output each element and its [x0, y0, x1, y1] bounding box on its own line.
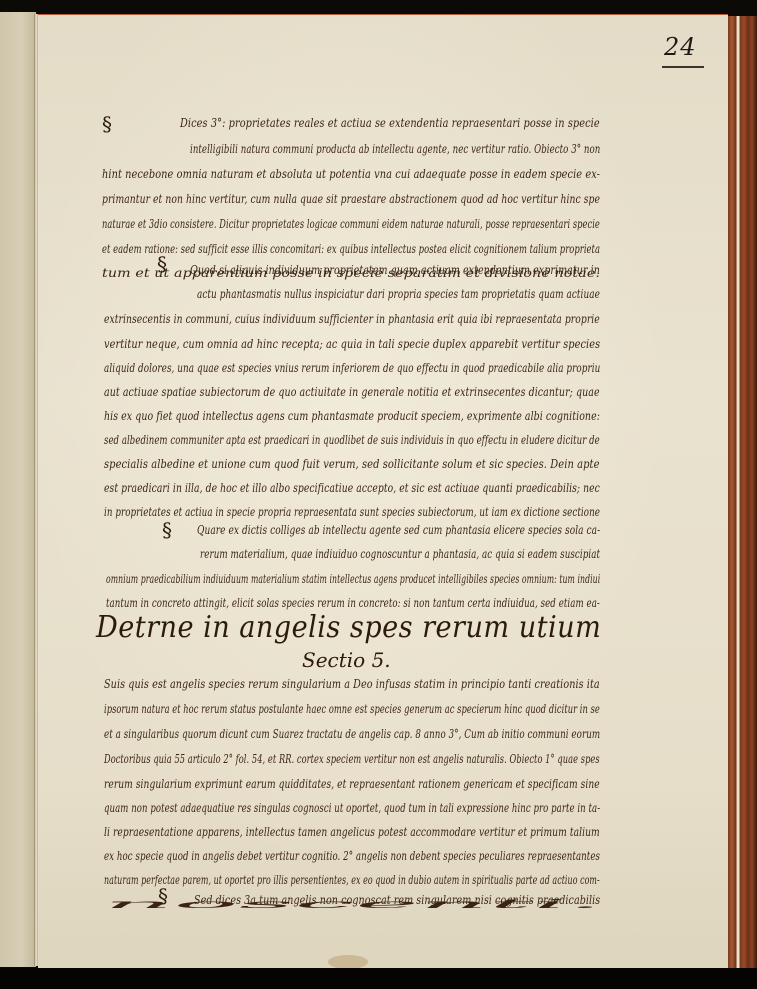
paragraph-mark-icon: §: [157, 252, 167, 276]
text-line: rerum materialium, quae indiuiduo cognos…: [200, 546, 600, 561]
text-line: Doctoribus quia 55 articulo 2° fol. 54, …: [104, 751, 600, 766]
text-line: quam non potest adaequatiue res singulas…: [104, 800, 600, 815]
folio-underline: [662, 66, 704, 68]
text-line: Quare ex dictis colliges ab intellectu a…: [197, 522, 600, 537]
text-line: hint necebone omnia naturam et absoluta …: [102, 166, 600, 181]
text-line: in proprietates et actiua in specie prop…: [104, 504, 600, 519]
text-line: primantur et non hinc vertitur, cum null…: [102, 191, 600, 206]
text-line: tantum in concreto attingit, elicit sola…: [106, 595, 600, 610]
top-shadow: [0, 0, 757, 14]
page-edges: [728, 16, 757, 968]
section-number: Sectio 5.: [302, 648, 391, 672]
text-line: intelligibili natura communi producta ab…: [190, 141, 600, 156]
text-line: sed albedinem communiter apta est praedi…: [104, 432, 600, 447]
left-page-margin: [0, 12, 36, 967]
text-line: Sed dices 3a tum angelis non cognoscat r…: [194, 892, 600, 907]
text-line: naturae et 3dio consistere. Dicitur prop…: [102, 216, 600, 231]
text-line: naturam perfectae parem, ut oportet pro …: [104, 872, 600, 887]
text-line: Quod si aliquis individuum proprietatem …: [190, 262, 600, 277]
text-line: vertitur neque, cum omnia ad hinc recept…: [104, 336, 600, 351]
text-line: rerum singularium exprimunt earum quiddi…: [104, 776, 600, 791]
text-line: et a singularibus quorum dicunt cum Suar…: [104, 726, 600, 741]
text-line: ipsorum natura et hoc rerum status postu…: [104, 701, 600, 716]
bottom-shadow: [0, 968, 757, 989]
section-heading: Detrne in angelis spes rerum utium: [96, 610, 601, 645]
text-line: specialis albedine et unione cum quod fu…: [104, 456, 600, 471]
paragraph-mark-icon: §: [102, 112, 112, 136]
text-line: Suis quis est angelis species rerum sing…: [104, 676, 600, 691]
text-line: ex hoc specie quod in angelis debet vert…: [104, 848, 600, 863]
text-line: omnium praedicabilium indiuiduum materia…: [106, 571, 600, 586]
text-line: est praedicari in illa, de hoc et illo a…: [104, 480, 600, 495]
text-line: actu phantasmatis nullus inspiciatur dar…: [197, 286, 600, 301]
heading-title: Detrne in angelis spes rerum utium: [96, 610, 601, 645]
paragraph-mark-icon: §: [162, 518, 172, 542]
text-line: li repraesentatione apparens, intellectu…: [104, 824, 600, 839]
paragraph-mark-icon: §: [158, 884, 168, 908]
water-stain: [328, 955, 368, 969]
text-line: Dices 3°: proprietates reales et actiua …: [180, 115, 600, 130]
text-line: et eadem ratione: sed sufficit esse illi…: [102, 241, 600, 256]
text-line: aut actiuae spatiae subiectorum de quo a…: [104, 384, 600, 399]
text-line: extrinsecentis in communi, cuius individ…: [104, 311, 600, 326]
text-line: his ex quo fiet quod intellectus agens c…: [104, 408, 600, 423]
text-line: aliquid dolores, una quae est species vn…: [104, 360, 600, 375]
folio-number: 24: [664, 33, 697, 61]
